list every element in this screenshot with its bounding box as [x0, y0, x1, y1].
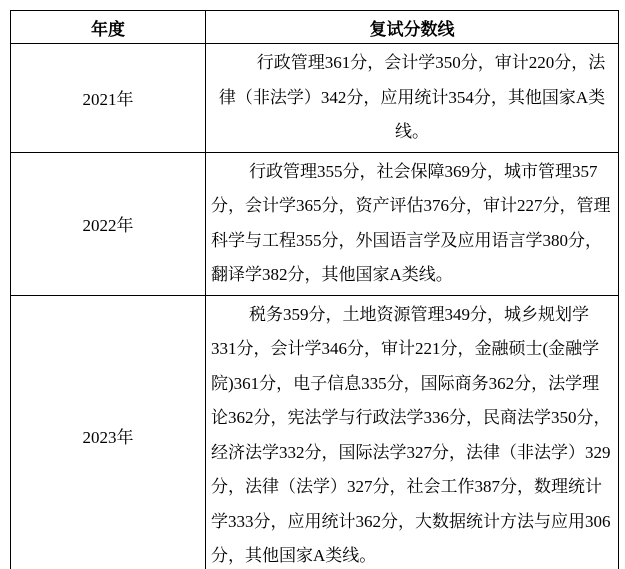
- year-cell: 2023年: [11, 295, 206, 569]
- table-row: 2023年 税务359分，土地资源管理349分，城乡规划学331分，会计学346…: [11, 295, 619, 569]
- header-scores: 复试分数线: [206, 11, 619, 44]
- header-row: 年度 复试分数线: [11, 11, 619, 44]
- year-cell: 2021年: [11, 44, 206, 153]
- score-table: 年度 复试分数线 2021年 行政管理361分，会计学350分，审计220分，法…: [10, 10, 619, 569]
- table-row: 2022年 行政管理355分，社会保障369分，城市管理357分，会计学365分…: [11, 152, 619, 295]
- document-page: 年度 复试分数线 2021年 行政管理361分，会计学350分，审计220分，法…: [0, 0, 625, 569]
- scores-cell: 行政管理355分，社会保障369分，城市管理357分，会计学365分，资产评估3…: [206, 152, 619, 295]
- header-year: 年度: [11, 11, 206, 44]
- scores-cell: 行政管理361分，会计学350分，审计220分，法律（非法学）342分，应用统计…: [206, 44, 619, 153]
- year-cell: 2022年: [11, 152, 206, 295]
- scores-text: 行政管理361分，会计学350分，审计220分，法律（非法学）342分，应用统计…: [211, 46, 613, 150]
- scores-text: 税务359分，土地资源管理349分，城乡规划学331分，会计学346分，审计22…: [211, 298, 613, 569]
- table-row: 2021年 行政管理361分，会计学350分，审计220分，法律（非法学）342…: [11, 44, 619, 153]
- scores-cell: 税务359分，土地资源管理349分，城乡规划学331分，会计学346分，审计22…: [206, 295, 619, 569]
- scores-text: 行政管理355分，社会保障369分，城市管理357分，会计学365分，资产评估3…: [211, 155, 613, 293]
